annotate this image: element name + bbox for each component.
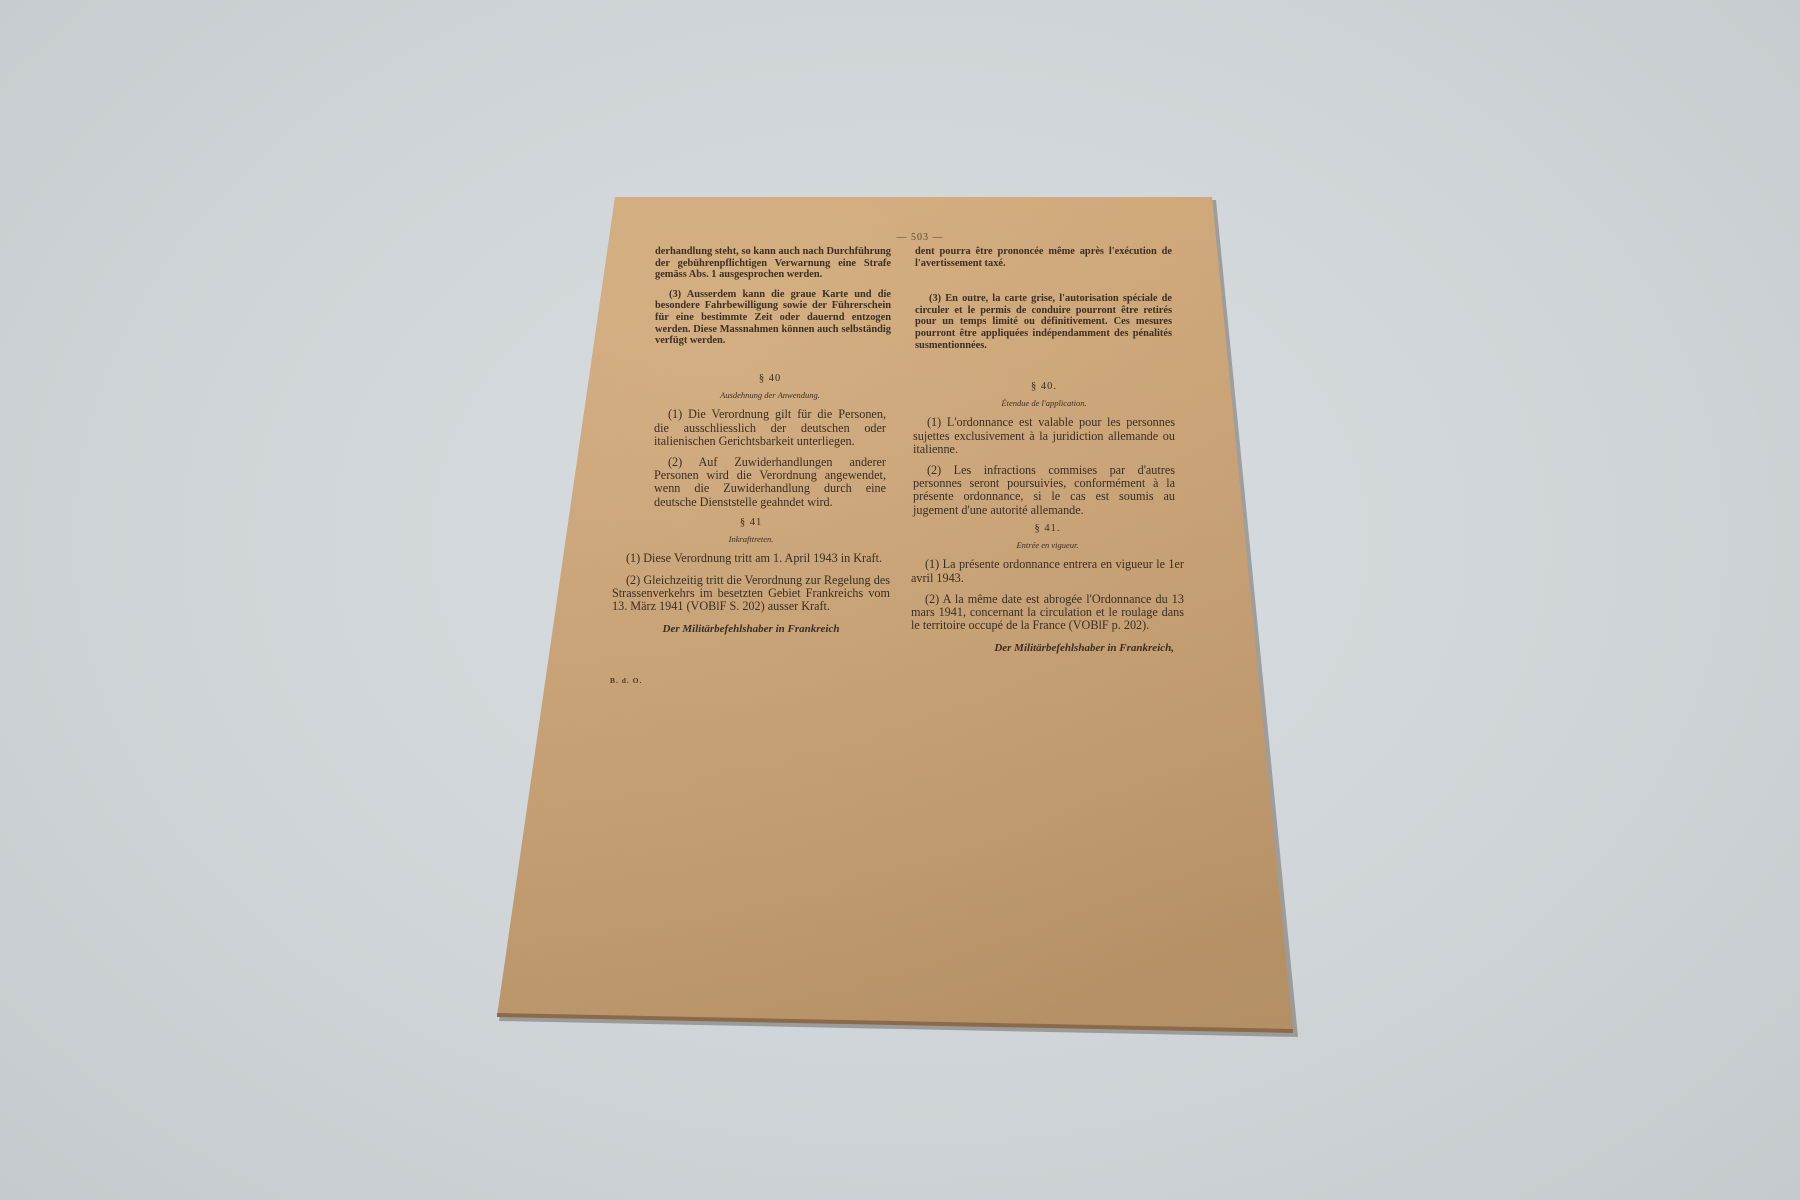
french-section-41-para-2: (2) A la même date est abrogée l'Ordonna…: [911, 593, 1184, 633]
german-section-40-title: Ausdehnung der Anwendung.: [654, 389, 886, 402]
french-column-top: dent pourra être prononcée même après l'…: [915, 246, 1172, 359]
german-section-41-para-2: (2) Gleichzeitig tritt die Verordnung zu…: [612, 574, 890, 614]
german-para-3: (3) Ausserdem kann die graue Karte und d…: [655, 289, 891, 347]
french-section-40-number: § 40.: [913, 380, 1175, 393]
french-section-40: § 40. Étendue de l'application. (1) L'or…: [913, 380, 1175, 525]
french-section-41: § 41. Entrée en vigueur. (1) La présente…: [911, 522, 1184, 664]
german-footnote: B. d. O.: [610, 676, 642, 685]
french-section-41-para-1: (1) La présente ordonnance entrera en vi…: [911, 558, 1184, 584]
page-number: — 503 —: [880, 232, 960, 243]
french-section-40-para-1: (1) L'ordonnance est valable pour les pe…: [913, 416, 1175, 456]
german-section-41-title: Inkrafttreten.: [612, 533, 890, 546]
french-section-40-para-2: (2) Les infractions commises par d'autre…: [913, 464, 1175, 517]
german-section-40-para-1: (1) Die Verordnung gilt für die Personen…: [654, 408, 886, 448]
german-signature: Der Militärbefehlshaber in Frankreich: [612, 623, 890, 636]
german-section-41-para-1: (1) Diese Verordnung tritt am 1. April 1…: [612, 552, 890, 565]
german-section-41-number: § 41: [612, 516, 890, 529]
french-section-40-title: Étendue de l'application.: [913, 397, 1175, 410]
german-section-40-para-2: (2) Auf Zuwiderhandlungen anderer Person…: [654, 456, 886, 509]
german-section-41: § 41 Inkrafttreten. (1) Diese Verordnung…: [612, 516, 890, 644]
document-text: — 503 — derhandlung steht, so kann auch …: [0, 0, 1800, 1200]
french-para-3: (3) En outre, la carte grise, l'autorisa…: [915, 293, 1172, 351]
german-column-top: derhandlung steht, so kann auch nach Dur…: [655, 246, 891, 355]
german-section-40-number: § 40: [654, 372, 886, 385]
french-continuation: dent pourra être prononcée même après l'…: [915, 246, 1172, 269]
german-section-40: § 40 Ausdehnung der Anwendung. (1) Die V…: [654, 372, 886, 517]
french-section-41-title: Entrée en vigueur.: [911, 539, 1184, 552]
german-continuation: derhandlung steht, so kann auch nach Dur…: [655, 246, 891, 281]
french-section-41-number: § 41.: [911, 522, 1184, 535]
french-signature: Der Militärbefehlshaber in Frankreich,: [911, 642, 1184, 655]
